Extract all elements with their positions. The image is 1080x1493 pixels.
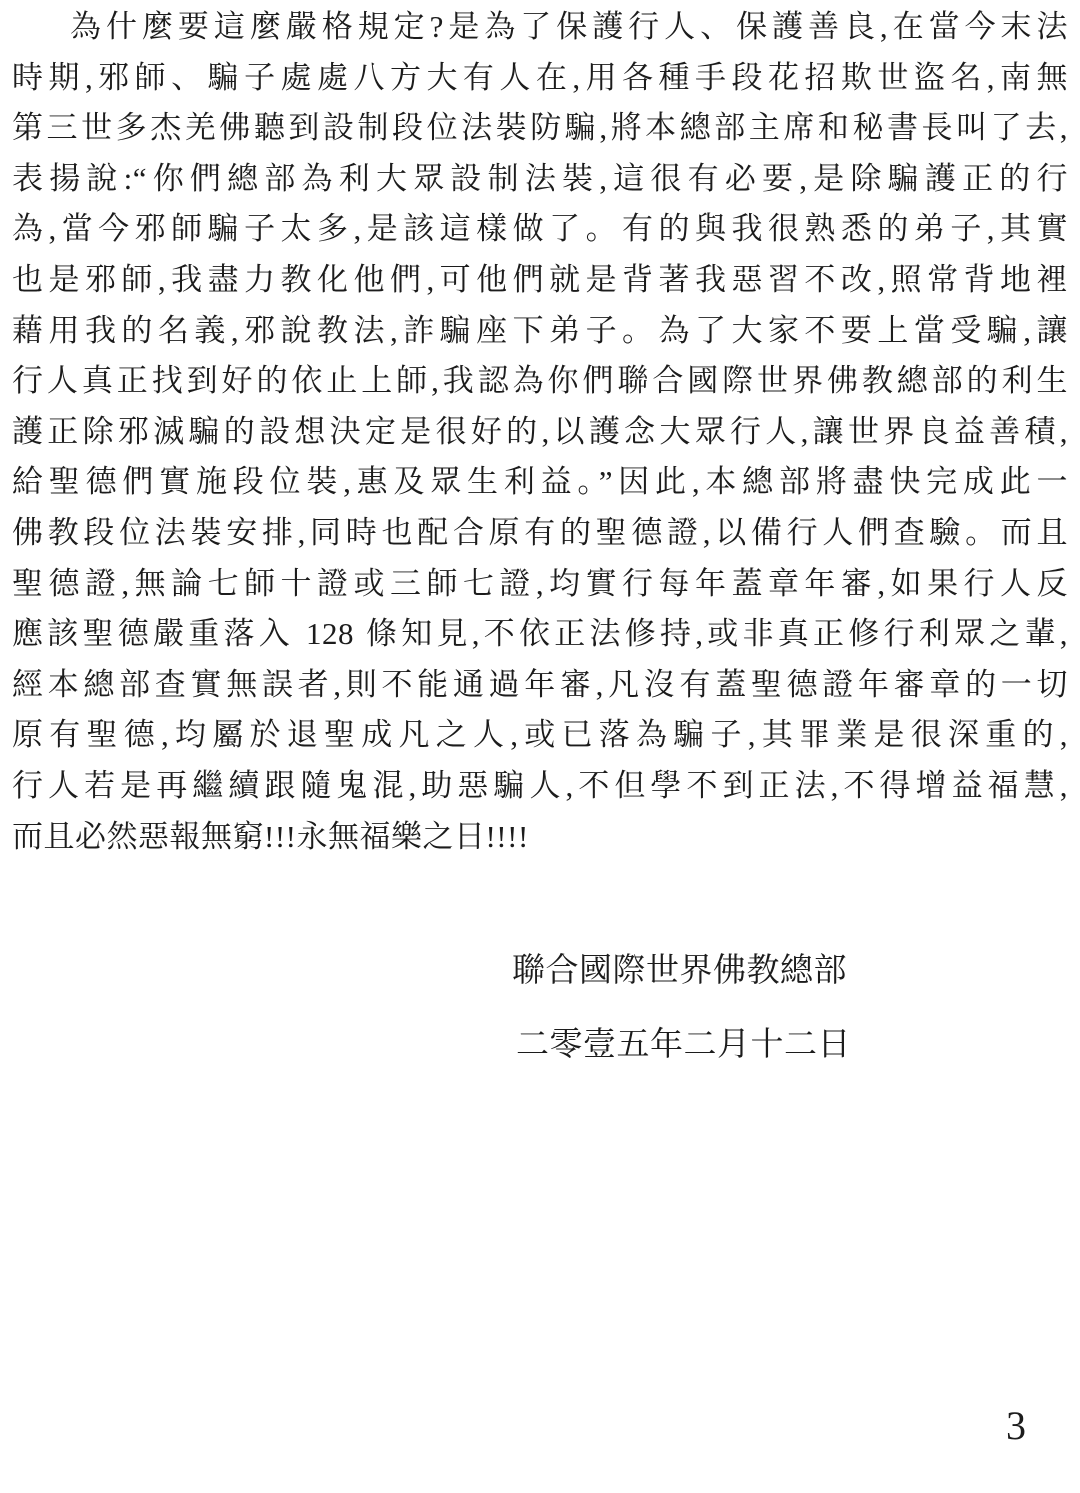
text-line: 也是邪師,我盡力教化他們,可他們就是背著我惡習不改,照常背地裡 [12, 255, 1068, 306]
text-line: 為,當今邪師騙子太多,是該這樣做了。有的與我很熟悉的弟子,其實 [12, 204, 1068, 255]
text-line: 護正除邪滅騙的設想決定是很好的,以護念大眾行人,讓世界良益善積, [12, 407, 1068, 458]
text-line: 經本總部查實無誤者,則不能通過年審,凡沒有蓋聖德證年審章的一切 [12, 660, 1068, 711]
text-line: 時期,邪師、騙子處處八方大有人在,用各種手段花招欺世盜名,南無 [12, 53, 1068, 104]
text-line: 第三世多杰羌佛聽到設制段位法裝防騙,將本總部主席和秘書長叫了去, [12, 103, 1068, 154]
text-line: 佛教段位法裝安排,同時也配合原有的聖德證,以備行人們查驗。而且 [12, 508, 1068, 559]
text-line: 行人若是再繼續跟隨鬼混,助惡騙人,不但學不到正法,不得增益福慧, [12, 761, 1068, 812]
text-line: 而且必然惡報無窮!!!永無福樂之日!!!! [12, 812, 1068, 863]
signature-date: 二零壹五年二月十二日 [516, 1026, 851, 1066]
document-page: 為什麼要這麼嚴格規定?是為了保護行人、保護善良,在當今末法時期,邪師、騙子處處八… [0, 0, 1080, 1493]
text-line: 聖德證,無論七師十證或三師七證,均實行每年蓋章年審,如果行人反 [12, 559, 1068, 610]
text-line: 藉用我的名義,邪說教法,詐騙座下弟子。為了大家不要上當受騙,讓 [12, 306, 1068, 357]
text-line: 給聖德們實施段位裝,惠及眾生利益。”因此,本總部將盡快完成此一 [12, 457, 1068, 508]
text-line: 原有聖德,均屬於退聖成凡之人,或已落為騙子,其罪業是很深重的, [12, 710, 1068, 761]
text-line: 應該聖德嚴重落入 128 條知見,不依正法修持,或非真正修行利眾之輩, [12, 609, 1068, 660]
text-line: 表揚說:“你們總部為利大眾設制法裝,這很有必要,是除騙護正的行 [12, 154, 1068, 205]
signature-organization: 聯合國際世界佛教總部 [512, 952, 847, 992]
body-text: 為什麼要這麼嚴格規定?是為了保護行人、保護善良,在當今末法時期,邪師、騙子處處八… [12, 2, 1068, 862]
text-line: 行人真正找到好的依止上師,我認為你們聯合國際世界佛教總部的利生 [12, 356, 1068, 407]
text-line: 為什麼要這麼嚴格規定?是為了保護行人、保護善良,在當今末法 [12, 2, 1068, 53]
page-number: 3 [1006, 1406, 1026, 1446]
